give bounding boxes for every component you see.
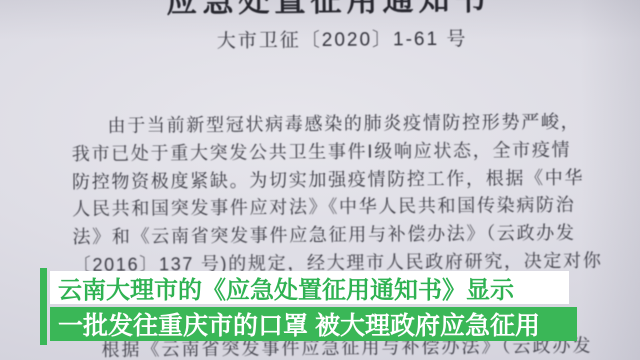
video-frame: 应急处置征用通知书 大市卫征〔2020〕1-61 号 由于当前新型冠状病毒感染的… [0,0,640,360]
subtitle-line-1: 云南大理市的《应急处置征用通知书》显示 [50,271,569,304]
caption-accent-bar [40,268,47,345]
document-body: 由于当前新型冠状病毒感染的肺炎疫情防控形势严峻， 我市已处于重大突发公共卫生事件… [71,109,592,280]
document-title-cutoff: 应急处置征用通知书 [166,0,490,21]
body-line: 由于当前新型冠状病毒感染的肺炎疫情防控形势严峻， [71,109,591,141]
subtitle-line-2-text: 一批发往重庆市的口罩 被大理政府应急征用 [58,306,540,342]
subtitle-line-2: 一批发往重庆市的口罩 被大理政府应急征用 [50,307,577,341]
subtitle-line-1-text: 云南大理市的《应急处置征用通知书》显示 [58,270,514,305]
body-line: 我市已处于重大突发公共卫生事件Ⅰ级响应状态，全市疫情 [72,136,592,168]
document-number: 大市卫征〔2020〕1-61 号 [217,24,468,53]
